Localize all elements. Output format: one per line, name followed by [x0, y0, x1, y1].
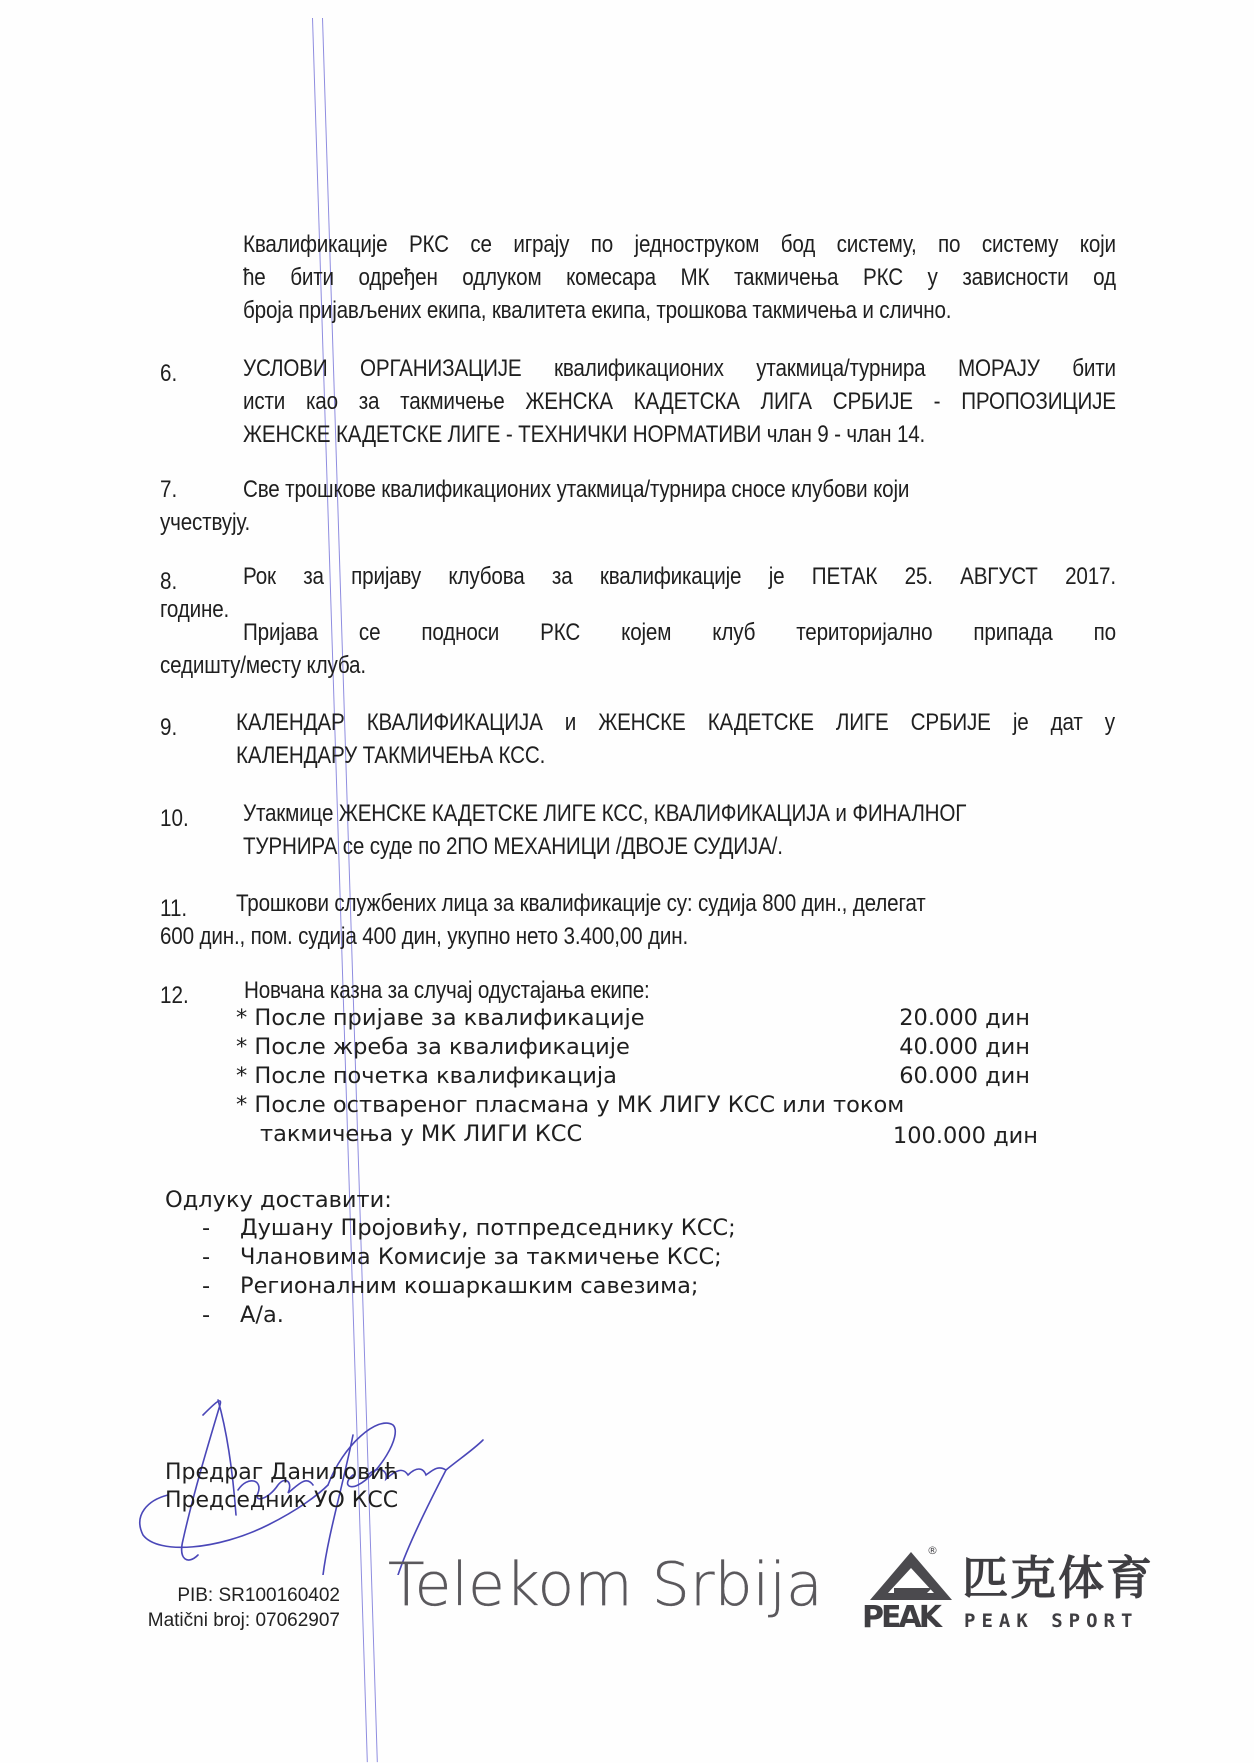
item-line: 600 дин., пом. судија 400 дин, укупно не…	[160, 920, 688, 953]
fine-label: * После пријаве за квалификације	[236, 1004, 645, 1033]
bullet-dash: -	[202, 1243, 210, 1272]
item-line: исти као за такмичење ЖЕНСКА КАДЕТСКА ЛИ…	[243, 385, 1116, 418]
item-line: седишту/месту клуба.	[160, 649, 366, 682]
bullet-dash: -	[202, 1214, 210, 1243]
item-line: ЖЕНСКЕ КАДЕТСКЕ ЛИГЕ - ТЕХНИЧКИ НОРМАТИВ…	[243, 418, 925, 451]
item-line: КАЛЕНДАРУ ТАКМИЧЕЊА КСС.	[236, 739, 545, 772]
item-line: ТУРНИРА се суде по 2ПО МЕХАНИЦИ /ДВОЈЕ С…	[243, 830, 783, 863]
fine-label: * После почетка квалификација	[236, 1062, 617, 1091]
item-line: Утакмице ЖЕНСКЕ КАДЕТСКЕ ЛИГЕ КСС, КВАЛИ…	[243, 797, 966, 830]
fine-label-continued: такмичења у МК ЛИГИ КСС	[260, 1120, 582, 1149]
recipient: А/а.	[240, 1301, 284, 1330]
item-line: Пријава се подноси РКС којем клуб терито…	[243, 616, 1116, 649]
item-line: Рок за пријаву клубова за квалификације …	[243, 560, 1116, 593]
fine-label: * После оствареног пласмана у МК ЛИГУ КС…	[236, 1091, 904, 1120]
intro-line: броја пријављених екипа, квалитета екипа…	[243, 294, 951, 327]
item-number: 6.	[160, 357, 177, 390]
registered-mark: ®	[927, 1544, 938, 1557]
intro-line: Квалификације РКС се играју по једностру…	[243, 228, 1116, 261]
registration-number: Matični broj: 07062907	[110, 1608, 340, 1633]
delivery-title: Одлуку доставити:	[165, 1186, 392, 1215]
item-line: КАЛЕНДАР КВАЛИФИКАЦИЈА и ЖЕНСКЕ КАДЕТСКЕ…	[236, 706, 1115, 739]
fine-amount: 60.000 дин	[830, 1062, 1030, 1091]
item-line: УСЛОВИ ОРГАНИЗАЦИЈЕ квалификационих утак…	[243, 352, 1116, 385]
peak-sport-logo: ® PEAK 匹克体育 PEAK SPORT	[862, 1548, 1182, 1638]
item-line: године.	[160, 593, 229, 626]
recipient: Члановима Комисије за такмичење КСС;	[240, 1243, 722, 1272]
signatory-title: Председник УО КСС	[165, 1486, 398, 1516]
fine-amount: 20.000 дин	[830, 1004, 1030, 1033]
fine-amount: 100.000 дин	[838, 1122, 1038, 1151]
item-number: 7.	[160, 473, 177, 506]
recipient: Душану Пројовићу, потпредседнику КСС;	[240, 1214, 736, 1243]
item-number: 12.	[160, 979, 189, 1012]
intro-line: ће бити одређен одлуком комесара МК такм…	[243, 261, 1116, 294]
pib-number: PIB: SR100160402	[110, 1583, 340, 1608]
item-number: 9.	[160, 711, 177, 744]
peak-triangle-icon	[864, 1548, 959, 1608]
peak-chinese-name: 匹克体育	[962, 1553, 1154, 1603]
bullet-dash: -	[202, 1272, 210, 1301]
fine-amount: 40.000 дин	[830, 1033, 1030, 1062]
telekom-srbija-logo: Telekom Srbija	[388, 1550, 823, 1620]
item-line: Све трошкове квалификационих утакмица/ту…	[243, 473, 909, 506]
document-page: Квалификације РКС се играју по једностру…	[0, 0, 1254, 1763]
recipient: Регионалним кошаркашким савезима;	[240, 1272, 698, 1301]
peak-sport-tagline: PEAK SPORT	[964, 1610, 1138, 1632]
fine-label: * После жреба за квалификације	[236, 1033, 630, 1062]
item-line: Новчана казна за случај одустајања екипе…	[244, 974, 650, 1007]
item-number: 10.	[160, 802, 189, 835]
signatory-name: Предраг Даниловић	[165, 1458, 399, 1488]
bullet-dash: -	[202, 1301, 210, 1330]
peak-wordmark: PEAK	[862, 1600, 939, 1635]
item-line: учествују.	[160, 506, 250, 539]
item-line: Трошкови службених лица за квалификације…	[236, 887, 925, 920]
